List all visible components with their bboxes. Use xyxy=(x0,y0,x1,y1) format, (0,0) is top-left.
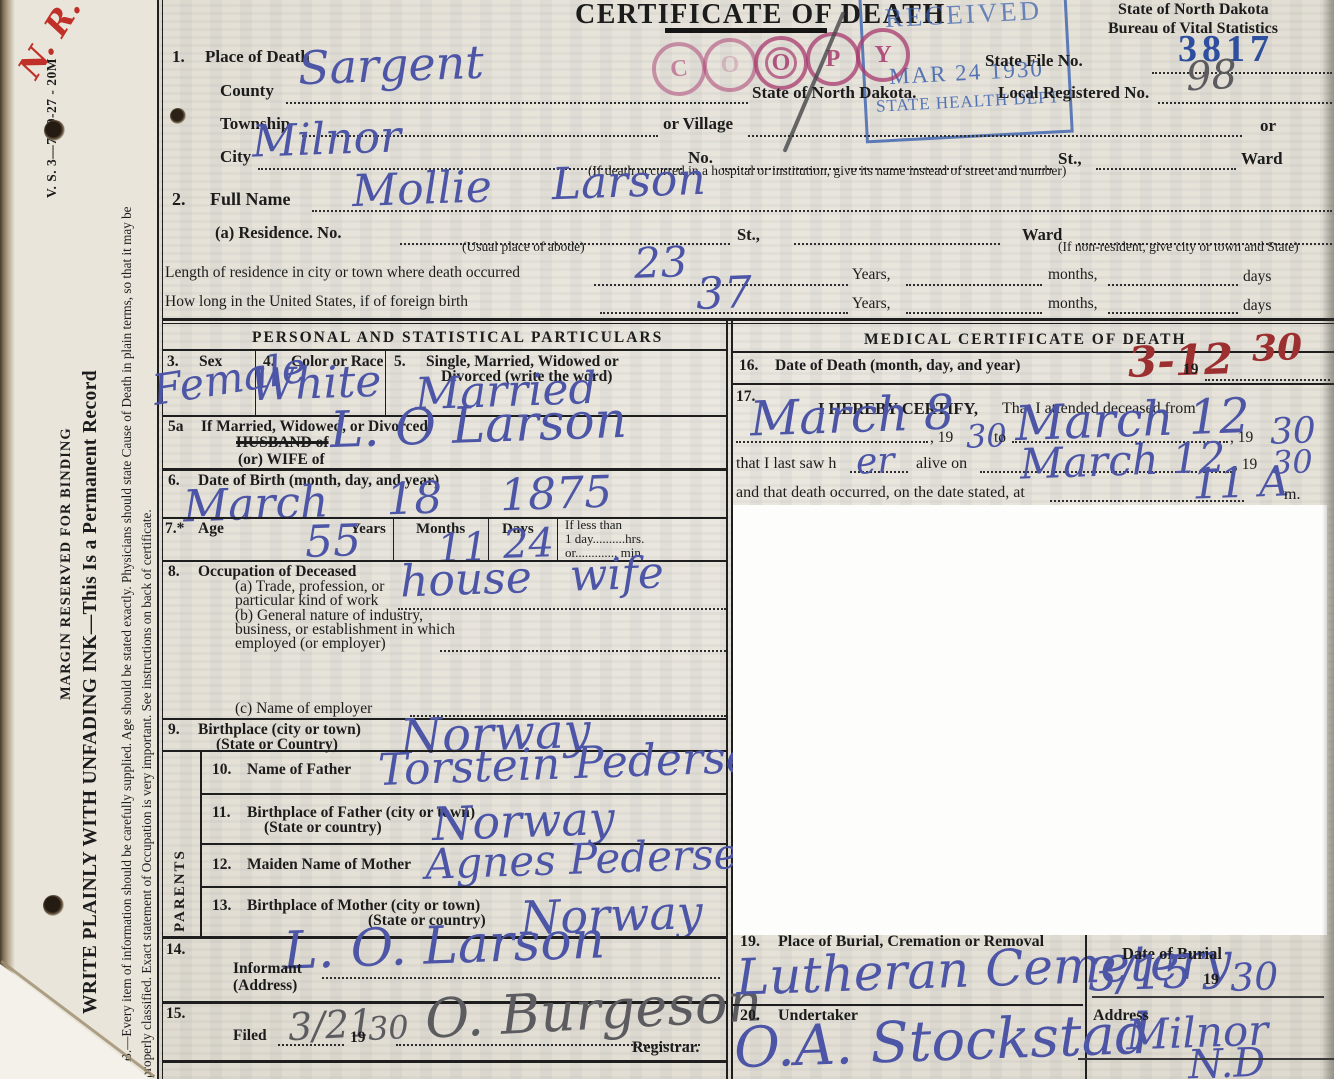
residence-label: (a) Residence. No. xyxy=(215,224,341,241)
father-name-handwriting: Torstein Pedersen xyxy=(377,735,780,793)
county-label: County xyxy=(220,82,274,100)
burial-year-prefix: 19 xyxy=(1203,972,1219,989)
punch-hole xyxy=(170,108,186,124)
m-label: m. xyxy=(1284,487,1300,504)
punch-hole xyxy=(43,895,64,916)
item-5-number: 5. xyxy=(394,354,406,370)
wife-of-label: (or) WIFE of xyxy=(238,452,325,468)
age-less-note-1: If less than xyxy=(565,518,622,532)
months-label-2: months, xyxy=(1048,296,1098,312)
form-left-rule xyxy=(157,0,159,1079)
informant-address-label: (Address) xyxy=(233,978,297,994)
registrar-signature: O. Burgeson xyxy=(424,975,764,1047)
filed-label: Filed xyxy=(233,1028,267,1044)
death-occurred-label: and that death occurred, on the date sta… xyxy=(736,485,1025,502)
stamp-letter: C xyxy=(669,55,689,84)
informant-handwriting: L. O. Larson xyxy=(282,914,606,977)
item-11-number: 11. xyxy=(212,805,231,821)
item-5a-number: 5a xyxy=(168,419,184,435)
date-of-death-label: Date of Death (month, day, and year) xyxy=(775,358,1020,374)
city-handwriting: Milnor xyxy=(251,115,402,164)
black-bar-mark xyxy=(665,28,827,33)
item-13-number: 13. xyxy=(212,898,231,914)
occupation-handwriting: house wife xyxy=(399,551,664,604)
full-name-label: Full Name xyxy=(210,190,291,209)
full-name-handwriting: Mollie Larson xyxy=(351,158,706,214)
months-label: months, xyxy=(1048,267,1098,283)
death-year-prefix: 19 xyxy=(1183,362,1199,378)
stamp-letter: O xyxy=(772,50,791,77)
item-1-number: 1. xyxy=(172,48,185,66)
or-label: or xyxy=(1260,117,1276,135)
mother-name-label: Maiden Name of Mother xyxy=(247,857,411,873)
filed-year-handwriting: 30 xyxy=(367,1011,409,1045)
length-residence-value: 23 xyxy=(633,241,688,285)
punch-hole xyxy=(44,120,65,141)
agency-line-1: State of North Dakota xyxy=(1118,2,1269,19)
local-registered-label: Local Registered No. xyxy=(998,84,1149,102)
father-name-label: Name of Father xyxy=(247,762,351,778)
personal-particulars-title: PERSONAL AND STATISTICAL PARTICULARS xyxy=(252,330,663,346)
ward-label: Ward xyxy=(1241,150,1283,168)
undertaker-address2-handwriting: N.D xyxy=(1187,1043,1266,1079)
redacted-cause-of-death-area xyxy=(733,505,1327,935)
item-12-number: 12. xyxy=(212,857,231,873)
copy-stamp-letter: C xyxy=(649,39,708,98)
residence-ward-label: Ward xyxy=(1022,226,1062,243)
item-10-number: 10. xyxy=(212,762,231,778)
last-saw-pre: that I last saw h xyxy=(736,456,836,473)
item-8-number: 8. xyxy=(168,564,180,580)
item-2-number: 2. xyxy=(172,190,186,209)
registrar-label: Registrar. xyxy=(632,1040,699,1057)
margin-binding-note: MARGIN RESERVED FOR BINDING xyxy=(58,427,75,700)
stamp-letter: O xyxy=(721,52,740,79)
length-residence-label: Length of residence in city or town wher… xyxy=(165,265,520,281)
years-label: Years, xyxy=(852,267,890,283)
local-registered-number: 98 xyxy=(1185,55,1238,98)
stamp-letter: Y xyxy=(874,42,891,69)
state-text: State of North Dakota. xyxy=(752,84,916,102)
days-label: days xyxy=(1243,269,1271,285)
us-length-value: 37 xyxy=(695,271,753,317)
abode-note: (Usual place of abode) xyxy=(462,240,585,254)
death-certificate-scan: V. S. 3—7-19-27 - 20M MARGIN RESERVED FO… xyxy=(0,0,1334,1079)
county-handwriting: Sargent xyxy=(297,39,484,91)
years-label-2: Years, xyxy=(852,296,890,312)
place-of-death-label: Place of Death xyxy=(205,48,310,66)
item-16-number: 16. xyxy=(739,358,758,374)
burial-date-handwriting: 3/15 xyxy=(1087,948,1192,998)
age-label: Age xyxy=(198,521,224,537)
residence-st-label: St., xyxy=(737,226,760,243)
copy-stamp-letter: O xyxy=(703,38,757,92)
us-length-label: How long in the United States, if of for… xyxy=(165,294,468,310)
write-plainly-note: WRITE PLAINLY WITH UNFADING INK—This Is … xyxy=(80,370,102,1014)
filed-year-prefix: 19 xyxy=(350,1030,366,1046)
spouse-handwriting: L. O Larson xyxy=(329,395,627,455)
age-years-handwriting: 55 xyxy=(304,519,362,565)
item-9-number: 9. xyxy=(168,722,180,738)
state-file-label: State File No. xyxy=(985,52,1083,70)
attended-from-handwriting: March 8 xyxy=(749,388,955,443)
form-left-rule-2 xyxy=(162,0,163,1079)
nb-instructions-note: N. B.—Every item of information should b… xyxy=(117,190,157,1078)
burial-year-handwriting: 30 xyxy=(1229,957,1279,997)
age-less-note-2: 1 day..........hrs. xyxy=(565,532,644,546)
last-saw-her-handwriting: er xyxy=(855,443,895,480)
occupation-b3: employed (or employer) xyxy=(235,636,386,652)
father-birth-sub: (State or country) xyxy=(264,820,382,836)
parents-rotated-label: PARENTS xyxy=(172,849,189,932)
nonresident-note: (If non-resident, give city or town and … xyxy=(1058,240,1299,254)
village-label: or Village xyxy=(663,115,733,133)
to-year-prefix: , 19 xyxy=(1230,430,1253,446)
to-label: to xyxy=(994,430,1006,446)
occupation-c: (c) Name of employer xyxy=(235,701,372,717)
item-6-number: 6. xyxy=(168,473,180,489)
city-label: City xyxy=(220,148,251,166)
copy-stamp-letter: Y xyxy=(856,28,910,82)
scan-right-edge xyxy=(1322,0,1334,1079)
death-time-handwriting: 11 A xyxy=(1191,460,1290,505)
item-14-number: 14. xyxy=(166,942,185,958)
mother-name-handwriting: Agnes Pedersen xyxy=(424,832,766,886)
undertaker-handwriting: O.A. Stockstad xyxy=(733,1007,1152,1078)
last-saw-post: alive on xyxy=(916,456,967,473)
husband-of-label: HUSBAND of xyxy=(236,435,329,451)
informant-label: Informant xyxy=(233,961,302,977)
torn-left-edge xyxy=(0,0,16,1079)
death-year-handwriting: 30 xyxy=(1251,329,1302,367)
item-15-number: 15. xyxy=(166,1006,185,1022)
item-7-number: 7.* xyxy=(165,521,184,537)
days-label-2: days xyxy=(1243,298,1271,314)
copy-stamp-letter: O xyxy=(754,36,808,90)
from-year-prefix: , 19 xyxy=(930,430,953,446)
date-of-death-handwriting: 3-12 xyxy=(1127,338,1234,384)
